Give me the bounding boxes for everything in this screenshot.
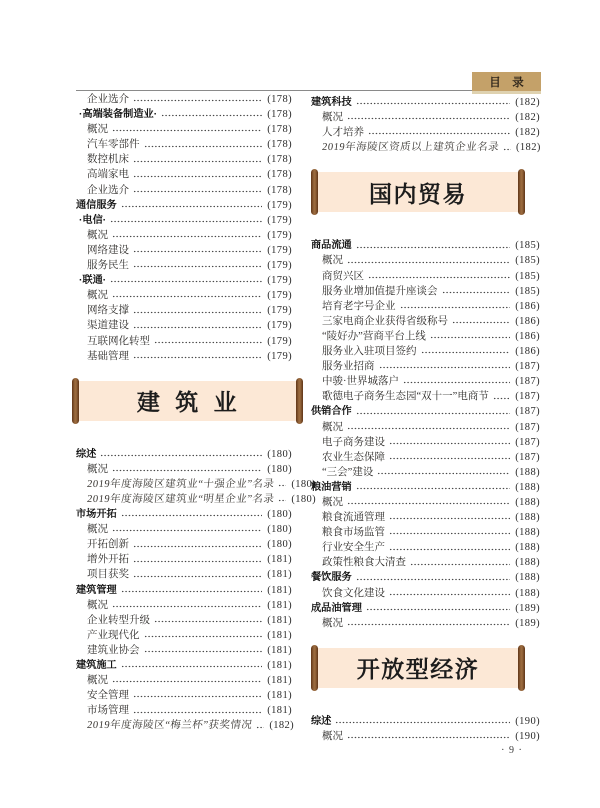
dot-leader xyxy=(503,140,511,155)
entry-text: 服务民生 xyxy=(87,258,129,273)
entry-page-number: (188) xyxy=(515,555,540,570)
entry-text: 概况 xyxy=(87,673,108,688)
toc-entry: 2019年度海陵区建筑业“明星企业”名录 (180) xyxy=(76,492,292,507)
dot-leader xyxy=(121,658,263,673)
dot-leader xyxy=(133,552,262,567)
entry-text: 概况 xyxy=(322,253,343,268)
entry-text: 安全管理 xyxy=(87,688,129,703)
dot-leader xyxy=(403,374,510,389)
toc-entry: ·电信· (179) xyxy=(76,213,292,228)
entry-page-number: (178) xyxy=(267,122,292,137)
entry-page-number: (185) xyxy=(515,284,540,299)
toc-entry: 三家电商企业获得省级称号 (186) xyxy=(311,314,540,329)
dot-leader xyxy=(133,303,262,318)
entry-text: 粮油营销 xyxy=(311,480,352,495)
dot-leader xyxy=(133,167,262,182)
dot-leader xyxy=(389,510,510,525)
toc-entry: 安全管理 (181) xyxy=(76,688,292,703)
toc-entry: 歌德电子商务生态园“双十一”电商节 (187) xyxy=(311,389,540,404)
entry-page-number: (185) xyxy=(515,269,540,284)
entry-text: 概况 xyxy=(322,110,343,125)
entry-page-number: (187) xyxy=(515,420,540,435)
dot-leader xyxy=(100,447,262,462)
toc-entry: 粮食市场监管 (188) xyxy=(311,525,540,540)
toc-entry: 网络支撑 (179) xyxy=(76,303,292,318)
toc-entry: 人才培养 (182) xyxy=(311,125,540,140)
toc-entry: “陵好办”营商平台上线 (186) xyxy=(311,329,540,344)
entry-text: 高端家电 xyxy=(87,167,129,182)
entry-text: 产业现代化 xyxy=(87,628,140,643)
dot-leader xyxy=(256,718,264,733)
toc-entry: 概况 (182) xyxy=(311,110,540,125)
entry-page-number: (179) xyxy=(267,273,292,288)
entry-page-number: (180) xyxy=(267,462,292,477)
toc-entry: 商贸兴区 (185) xyxy=(311,269,540,284)
toc-entry: “三会”建设 (188) xyxy=(311,465,540,480)
entry-text: 概况 xyxy=(322,420,343,435)
entry-text: 增外开拓 xyxy=(87,552,129,567)
entry-text: 供销合作 xyxy=(311,404,352,419)
entry-page-number: (181) xyxy=(267,628,292,643)
entry-page-number: (180) xyxy=(267,522,292,537)
entry-text: 概况 xyxy=(87,462,108,477)
entry-page-number: (181) xyxy=(267,567,292,582)
entry-text: 2019年度海陵区建筑业“明星企业”名录 xyxy=(86,492,275,507)
toc-entry: 服务业招商 (187) xyxy=(311,359,540,374)
entry-text: 建筑管理 xyxy=(76,583,117,598)
entry-text: 数控机床 xyxy=(87,152,129,167)
entry-page-number: (178) xyxy=(267,183,292,198)
toc-entry: 市场管理 (181) xyxy=(76,703,292,718)
toc-entry: 概况 (188) xyxy=(311,495,540,510)
dot-leader xyxy=(112,462,262,477)
dot-leader xyxy=(356,95,511,110)
entry-text: 服务业入驻项目签约 xyxy=(322,344,417,359)
entry-page-number: (178) xyxy=(267,152,292,167)
dot-leader xyxy=(356,404,511,419)
entry-page-number: (188) xyxy=(515,510,540,525)
entry-page-number: (188) xyxy=(515,525,540,540)
dot-leader xyxy=(410,555,510,570)
toc-entry: 政策性粮食大清查 (188) xyxy=(311,555,540,570)
entry-page-number: (188) xyxy=(515,540,540,555)
entry-text: 政策性粮食大清查 xyxy=(322,555,406,570)
toc-entry: 概况 (179) xyxy=(76,288,292,303)
entry-text: 概况 xyxy=(322,616,343,631)
entry-page-number: (188) xyxy=(515,570,540,585)
toc-entry: 综述 (180) xyxy=(76,447,292,462)
entry-text: 商品流通 xyxy=(311,238,352,253)
entry-text: 项目获奖 xyxy=(87,567,129,582)
toc-corner-label: 目 录 xyxy=(472,72,541,91)
scroll-bar-right xyxy=(518,169,525,215)
entry-text: 行业安全生产 xyxy=(322,540,385,555)
toc-entry: 网络建设 (179) xyxy=(76,243,292,258)
entry-text: 成品油管理 xyxy=(311,601,362,616)
entry-page-number: (186) xyxy=(515,314,540,329)
dot-leader xyxy=(133,349,262,364)
toc-entry: 概况 (178) xyxy=(76,122,292,137)
dot-leader xyxy=(144,643,263,658)
dot-leader xyxy=(110,273,262,288)
entry-text: 概况 xyxy=(87,288,108,303)
entry-page-number: (190) xyxy=(515,714,540,729)
dot-leader xyxy=(356,238,511,253)
toc-entry: 渠道建设 (179) xyxy=(76,318,292,333)
toc-entry: 服务民生 (179) xyxy=(76,258,292,273)
toc-entry: 行业安全生产 (188) xyxy=(311,540,540,555)
entry-page-number: (180) xyxy=(267,507,292,522)
entry-text: ·电信· xyxy=(79,213,106,228)
dot-leader xyxy=(133,688,262,703)
toc-entry: 建筑科技 (182) xyxy=(311,95,540,110)
dot-leader xyxy=(347,110,510,125)
dot-leader xyxy=(347,616,510,631)
scroll-bar-left xyxy=(311,169,318,215)
dot-leader xyxy=(389,540,510,555)
section-box-title: 开放型经济 xyxy=(357,651,480,684)
entry-text: 概况 xyxy=(87,228,108,243)
toc-entry: 市场开拓 (180) xyxy=(76,507,292,522)
entry-text: 商贸兴区 xyxy=(322,269,364,284)
dot-leader xyxy=(121,198,263,213)
toc-entry: 产业现代化 (181) xyxy=(76,628,292,643)
entry-text: 2019年海陵区资质以上建筑企业名录 xyxy=(321,140,500,155)
entry-page-number: (190) xyxy=(515,729,540,744)
entry-page-number: (178) xyxy=(267,167,292,182)
footer-page-number: · 9 · xyxy=(484,745,540,756)
dot-leader xyxy=(389,586,510,601)
entry-text: 2019年度海陵区“梅兰杯”获奖情况 xyxy=(86,718,253,733)
dot-leader xyxy=(112,228,262,243)
entry-page-number: (178) xyxy=(267,137,292,152)
dot-leader xyxy=(133,183,262,198)
entry-page-number: (187) xyxy=(515,374,540,389)
toc-entry: 概况 (181) xyxy=(76,673,292,688)
toc-entry: 2019年海陵区资质以上建筑企业名录 (182) xyxy=(311,140,540,155)
dot-leader xyxy=(347,495,510,510)
dot-leader xyxy=(356,480,511,495)
entry-page-number: (182) xyxy=(515,125,540,140)
entry-text: 服务业招商 xyxy=(322,359,375,374)
toc-entry: 汽车零部件 (178) xyxy=(76,137,292,152)
dot-leader xyxy=(335,714,510,729)
entry-text: 概况 xyxy=(322,495,343,510)
header-rule xyxy=(76,90,540,91)
entry-page-number: (182) xyxy=(269,718,294,733)
dot-leader xyxy=(154,334,262,349)
toc-entry: 通信服务 (179) xyxy=(76,198,292,213)
toc-entry: 商品流通 (185) xyxy=(311,238,540,253)
scroll-bar-left xyxy=(72,378,79,424)
entry-page-number: (179) xyxy=(267,288,292,303)
toc-entry: 开拓创新 (180) xyxy=(76,537,292,552)
entry-page-number: (188) xyxy=(515,465,540,480)
dot-leader xyxy=(133,152,262,167)
dot-leader xyxy=(400,299,511,314)
section-header-box: 开放型经济 xyxy=(313,648,523,688)
dot-leader xyxy=(278,492,286,507)
toc-entry: 建筑施工 (181) xyxy=(76,658,292,673)
entry-page-number: (186) xyxy=(515,299,540,314)
section-header-box: 国内贸易 xyxy=(313,172,523,212)
dot-leader xyxy=(112,522,262,537)
toc-entry: ·高端装备制造业· (178) xyxy=(76,107,292,122)
scroll-bar-left xyxy=(311,645,318,691)
dot-leader xyxy=(133,243,262,258)
dot-leader xyxy=(368,125,510,140)
toc-entry: 概况 (190) xyxy=(311,729,540,744)
entry-page-number: (189) xyxy=(515,601,540,616)
entry-page-number: (181) xyxy=(267,643,292,658)
toc-entry: 中骏·世界城落户 (187) xyxy=(311,374,540,389)
toc-entry: 建筑管理 (181) xyxy=(76,583,292,598)
entry-page-number: (188) xyxy=(515,480,540,495)
dot-leader xyxy=(133,92,262,107)
toc-entry: 企业选介 (178) xyxy=(76,183,292,198)
toc-entry: 增外开拓 (181) xyxy=(76,552,292,567)
entry-page-number: (187) xyxy=(515,404,540,419)
dot-leader xyxy=(112,598,262,613)
entry-page-number: (179) xyxy=(267,228,292,243)
entry-page-number: (187) xyxy=(515,359,540,374)
dot-leader xyxy=(133,258,262,273)
entry-page-number: (179) xyxy=(267,243,292,258)
entry-text: 粮食流通管理 xyxy=(322,510,385,525)
entry-page-number: (188) xyxy=(515,586,540,601)
toc-entry: 餐饮服务 (188) xyxy=(311,570,540,585)
entry-text: “三会”建设 xyxy=(322,465,373,480)
entry-page-number: (185) xyxy=(515,238,540,253)
dot-leader xyxy=(347,420,510,435)
entry-text: 餐饮服务 xyxy=(311,570,352,585)
toc-entry: 建筑业协会 (181) xyxy=(76,643,292,658)
entry-text: 企业转型升级 xyxy=(87,613,150,628)
dot-leader xyxy=(452,314,510,329)
dot-leader xyxy=(377,465,510,480)
toc-entry: 基础管理 (179) xyxy=(76,349,292,364)
dot-leader xyxy=(121,507,263,522)
dot-leader xyxy=(368,269,510,284)
entry-text: 市场开拓 xyxy=(76,507,117,522)
dot-leader xyxy=(154,613,262,628)
entry-text: 综述 xyxy=(311,714,331,729)
toc-entry: 农业生态保障 (187) xyxy=(311,450,540,465)
dot-leader xyxy=(366,601,510,616)
entry-page-number: (181) xyxy=(267,658,292,673)
entry-text: 饮食文化建设 xyxy=(322,586,385,601)
toc-entry: 互联网化转型 (179) xyxy=(76,334,292,349)
toc-entry: ·联通· (179) xyxy=(76,273,292,288)
entry-text: 汽车零部件 xyxy=(87,137,140,152)
toc-entry: 综述 (190) xyxy=(311,714,540,729)
toc-entry: 概况 (187) xyxy=(311,420,540,435)
toc-entry: 供销合作 (187) xyxy=(311,404,540,419)
dot-leader xyxy=(112,288,262,303)
dot-leader xyxy=(121,583,263,598)
dot-leader xyxy=(442,284,511,299)
toc-entry: 电子商务建设 (187) xyxy=(311,435,540,450)
entry-page-number: (186) xyxy=(515,329,540,344)
entry-text: 人才培养 xyxy=(322,125,364,140)
dot-leader xyxy=(379,359,511,374)
dot-leader xyxy=(430,329,510,344)
entry-page-number: (181) xyxy=(267,703,292,718)
entry-page-number: (180) xyxy=(267,537,292,552)
dot-leader xyxy=(133,567,262,582)
entry-page-number: (182) xyxy=(516,140,541,155)
entry-text: 电子商务建设 xyxy=(322,435,385,450)
toc-entry: 成品油管理 (189) xyxy=(311,601,540,616)
entry-page-number: (181) xyxy=(267,673,292,688)
entry-page-number: (179) xyxy=(267,334,292,349)
dot-leader xyxy=(356,570,511,585)
scroll-bar-right xyxy=(518,645,525,691)
dot-leader xyxy=(493,389,510,404)
entry-text: 市场管理 xyxy=(87,703,129,718)
toc-entry: 数控机床 (178) xyxy=(76,152,292,167)
entry-page-number: (179) xyxy=(267,318,292,333)
entry-text: 网络建设 xyxy=(87,243,129,258)
toc-corner-label-text: 目 录 xyxy=(489,74,524,90)
entry-text: 建筑施工 xyxy=(76,658,117,673)
toc-entry: 概况 (180) xyxy=(76,522,292,537)
entry-text: 开拓创新 xyxy=(87,537,129,552)
toc-entry: 概况 (189) xyxy=(311,616,540,631)
toc-entry: 高端家电 (178) xyxy=(76,167,292,182)
dot-leader xyxy=(133,703,262,718)
entry-page-number: (179) xyxy=(267,213,292,228)
dot-leader xyxy=(278,477,286,492)
section-box-title: 国内贸易 xyxy=(369,176,467,209)
entry-text: 通信服务 xyxy=(76,198,117,213)
dot-leader xyxy=(347,729,510,744)
entry-page-number: (186) xyxy=(515,344,540,359)
entry-text: 企业选介 xyxy=(87,92,129,107)
entry-page-number: (185) xyxy=(515,253,540,268)
entry-text: 概况 xyxy=(87,522,108,537)
entry-text: 服务业增加值提升座谈会 xyxy=(322,284,438,299)
entry-page-number: (188) xyxy=(515,495,540,510)
entry-page-number: (181) xyxy=(267,598,292,613)
entry-text: 综述 xyxy=(76,447,96,462)
dot-leader xyxy=(112,122,262,137)
entry-text: 概况 xyxy=(322,729,343,744)
entry-page-number: (187) xyxy=(515,435,540,450)
toc-entry: 企业选介 (178) xyxy=(76,92,292,107)
dot-leader xyxy=(389,435,510,450)
toc-entry: 服务业入驻项目签约 (186) xyxy=(311,344,540,359)
entry-page-number: (181) xyxy=(267,583,292,598)
entry-text: 三家电商企业获得省级称号 xyxy=(322,314,448,329)
entry-text: 概况 xyxy=(87,122,108,137)
toc-entry: 培育老字号企业 (186) xyxy=(311,299,540,314)
section-box-title: 建 筑 业 xyxy=(137,384,238,417)
entry-text: 中骏·世界城落户 xyxy=(322,374,399,389)
entry-page-number: (189) xyxy=(515,616,540,631)
entry-page-number: (178) xyxy=(267,92,292,107)
toc-entry: 概况 (180) xyxy=(76,462,292,477)
entry-text: “陵好办”营商平台上线 xyxy=(322,329,426,344)
entry-page-number: (179) xyxy=(267,198,292,213)
dot-leader xyxy=(161,107,262,122)
dot-leader xyxy=(421,344,511,359)
entry-text: 粮食市场监管 xyxy=(322,525,385,540)
entry-text: 歌德电子商务生态园“双十一”电商节 xyxy=(322,389,489,404)
dot-leader xyxy=(133,537,262,552)
entry-page-number: (180) xyxy=(267,447,292,462)
dot-leader xyxy=(144,628,263,643)
dot-leader xyxy=(112,673,262,688)
dot-leader xyxy=(144,137,263,152)
entry-page-number: (182) xyxy=(515,110,540,125)
entry-page-number: (179) xyxy=(267,258,292,273)
entry-text: 建筑业协会 xyxy=(87,643,140,658)
entry-text: 基础管理 xyxy=(87,349,129,364)
toc-page: 目 录 企业选介 (178) ·高端装备制造业· (178) 概况 (178) … xyxy=(0,0,600,808)
toc-entry: 饮食文化建设 (188) xyxy=(311,586,540,601)
section-header-box: 建 筑 业 xyxy=(74,381,301,421)
entry-text: 互联网化转型 xyxy=(87,334,150,349)
toc-entry: 企业转型升级 (181) xyxy=(76,613,292,628)
dot-leader xyxy=(389,450,510,465)
entry-text: 渠道建设 xyxy=(87,318,129,333)
entry-page-number: (187) xyxy=(515,450,540,465)
scroll-bar-right xyxy=(296,378,303,424)
entry-text: 网络支撑 xyxy=(87,303,129,318)
entry-page-number: (181) xyxy=(267,552,292,567)
entry-page-number: (178) xyxy=(267,107,292,122)
toc-entry: 概况 (185) xyxy=(311,253,540,268)
entry-page-number: (187) xyxy=(515,389,540,404)
toc-entry: 2019年度海陵区建筑业“十强企业”名录 (180) xyxy=(76,477,292,492)
entry-text: 2019年度海陵区建筑业“十强企业”名录 xyxy=(86,477,275,492)
toc-entry: 概况 (181) xyxy=(76,598,292,613)
toc-entry: 服务业增加值提升座谈会 (185) xyxy=(311,284,540,299)
dot-leader xyxy=(347,253,510,268)
toc-entry: 粮食流通管理 (188) xyxy=(311,510,540,525)
dot-leader xyxy=(133,318,262,333)
toc-entry: 概况 (179) xyxy=(76,228,292,243)
entry-text: ·高端装备制造业· xyxy=(79,107,157,122)
dot-leader xyxy=(389,525,510,540)
entry-page-number: (179) xyxy=(267,349,292,364)
toc-entry: 项目获奖 (181) xyxy=(76,567,292,582)
entry-page-number: (181) xyxy=(267,688,292,703)
toc-column-left: 企业选介 (178) ·高端装备制造业· (178) 概况 (178) 汽车零部… xyxy=(76,92,292,733)
entry-text: 建筑科技 xyxy=(311,95,352,110)
entry-text: 企业选介 xyxy=(87,183,129,198)
toc-entry: 粮油营销 (188) xyxy=(311,480,540,495)
entry-text: ·联通· xyxy=(79,273,106,288)
entry-text: 概况 xyxy=(87,598,108,613)
entry-page-number: (179) xyxy=(267,303,292,318)
entry-text: 农业生态保障 xyxy=(322,450,385,465)
dot-leader xyxy=(110,213,262,228)
toc-entry: 2019年度海陵区“梅兰杯”获奖情况 (182) xyxy=(76,718,292,733)
entry-text: 培育老字号企业 xyxy=(322,299,396,314)
entry-page-number: (181) xyxy=(267,613,292,628)
toc-column-right: 建筑科技 (182) 概况 (182) 人才培养 (182) 2019年海陵区资… xyxy=(311,95,540,744)
entry-page-number: (182) xyxy=(515,95,540,110)
